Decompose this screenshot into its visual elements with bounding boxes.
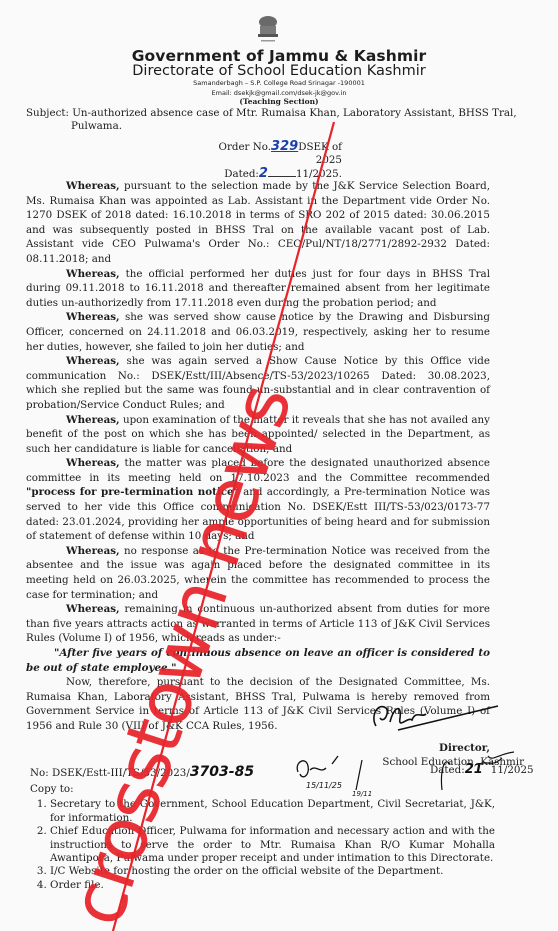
order-number-block: Order No.329DSEK of 2025 Dated:211/2025.	[192, 140, 342, 181]
paragraph: Whereas, the official performed her duti…	[26, 267, 490, 311]
order-body: Whereas, pursuant to the selection made …	[26, 179, 490, 734]
rule-quote: "After five years of continuous absence …	[26, 646, 490, 675]
paragraph: Whereas, pursuant to the selection made …	[26, 179, 490, 267]
paragraph: Whereas, she was served show cause notic…	[26, 310, 490, 354]
reference-line: No: DSEK/Estt-III/TS/53/2023/3703-85	[30, 764, 490, 780]
paragraph: Whereas, upon examination of the matter …	[26, 413, 490, 457]
paragraph: Whereas, she was again served a Show Cau…	[26, 354, 490, 412]
directorate-title: Directorate of School Education Kashmir	[0, 63, 558, 79]
copy-to-item: Chief Education Officer, Pulwama for inf…	[50, 825, 495, 865]
handwritten-reference-number: 3703-85	[190, 764, 254, 780]
copy-to-label: Copy to:	[30, 783, 495, 796]
reference-prefix: No: DSEK/Estt-III/TS/53/2023/	[30, 767, 190, 779]
section-label: (Teaching Section)	[0, 97, 558, 106]
copy-to-item: Secretary to the Government, School Educ…	[50, 798, 495, 825]
subject-text-continued: Pulwama.	[26, 120, 536, 133]
copy-to-item: Order file.	[50, 879, 495, 892]
national-emblem-icon	[254, 14, 282, 44]
issue-date: Dated:2111/2025	[430, 762, 534, 777]
order-document-page: Government of Jammu & Kashmir Directorat…	[0, 0, 558, 931]
handwritten-order-number: 329	[271, 139, 298, 154]
email-line: Email: dsekjk@gmail.com/dsek-jk@gov.in	[0, 89, 558, 97]
subject-label: Subject:	[26, 107, 69, 119]
paragraph: Whereas, remaining in continuous un-auth…	[26, 602, 490, 646]
copy-to-item: I/C Website for hosting the order on the…	[50, 865, 495, 878]
subject-text: Un-authorized absence case of Mtr. Rumai…	[72, 107, 516, 119]
subject-line: Subject: Un-authorized absence case of M…	[26, 107, 536, 133]
order-suffix: DSEK of 2025	[298, 141, 342, 166]
address-line: Samanderbagh – S.P. College Road Srinaga…	[0, 79, 558, 87]
paragraph: Whereas, no response as to the Pre-termi…	[26, 544, 490, 602]
copy-to-block: Copy to: Secretary to the Government, Sc…	[30, 783, 495, 892]
paragraph: Whereas, the matter was placed before th…	[26, 456, 490, 544]
director-signature	[368, 696, 508, 738]
order-prefix: Order No.	[219, 141, 272, 153]
